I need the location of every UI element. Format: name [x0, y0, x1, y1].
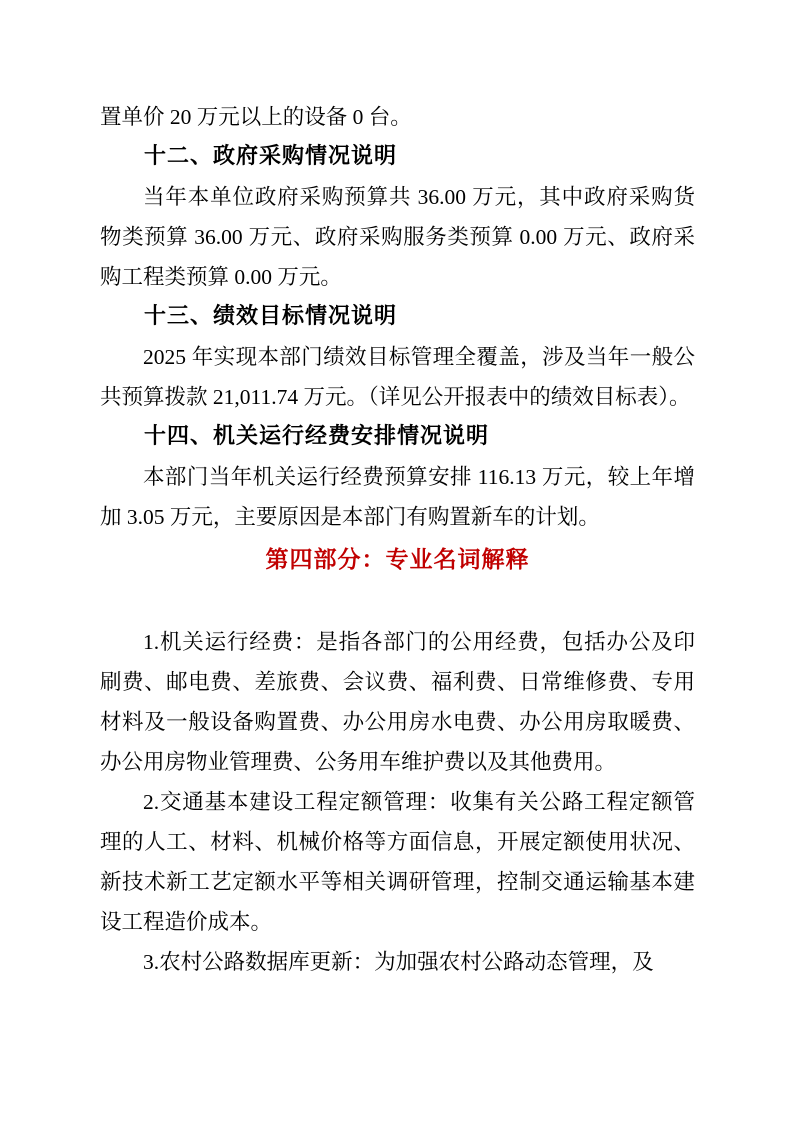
paragraph-performance-targets: 2025 年实现本部门绩效目标管理全覆盖，涉及当年一般公共预算拨款 21,011… — [100, 337, 695, 417]
paragraph-government-procurement: 当年本单位政府采购预算共 36.00 万元，其中政府采购货物类预算 36.00 … — [100, 177, 695, 297]
paragraph-operating-expenses: 本部门当年机关运行经费预算安排 116.13 万元，较上年增加 3.05 万元，… — [100, 457, 695, 537]
paragraph-term-2-construction-quota-management: 2.交通基本建设工程定额管理：收集有关公路工程定额管理的人工、材料、机械价格等方… — [100, 782, 695, 942]
paragraph-equipment-continuation: 置单价 20 万元以上的设备 0 台。 — [100, 97, 695, 137]
part-4-title: 第四部分：专业名词解释 — [100, 540, 695, 580]
paragraph-term-3-rural-road-database: 3.农村公路数据库更新：为加强农村公路动态管理，及 — [100, 942, 695, 982]
document-page: 置单价 20 万元以上的设备 0 台。 十二、政府采购情况说明 当年本单位政府采… — [0, 0, 793, 1122]
heading-section-13-performance-targets: 十三、绩效目标情况说明 — [100, 297, 695, 337]
heading-section-12-government-procurement: 十二、政府采购情况说明 — [100, 137, 695, 177]
paragraph-term-1-operating-expenses: 1.机关运行经费：是指各部门的公用经费，包括办公及印刷费、邮电费、差旅费、会议费… — [100, 622, 695, 782]
heading-section-14-operating-expenses: 十四、机关运行经费安排情况说明 — [100, 417, 695, 457]
